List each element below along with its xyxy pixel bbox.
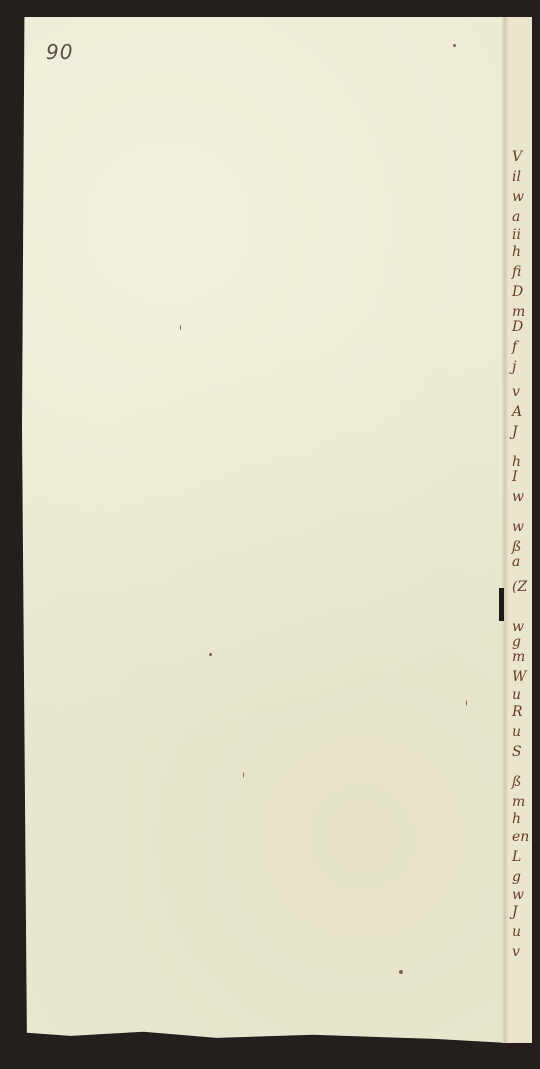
- paper-speck: [243, 772, 244, 778]
- handwriting-fragment: w: [512, 888, 524, 902]
- handwriting-fragment: v: [512, 385, 520, 399]
- handwriting-fragment: (Z: [512, 580, 527, 594]
- paper-speck: [399, 970, 403, 974]
- handwriting-fragment: h: [512, 812, 521, 826]
- paper-speck: [209, 653, 212, 656]
- handwriting-fragment: fi: [512, 265, 521, 279]
- handwriting-fragment: h: [512, 245, 521, 259]
- handwriting-fragment: S: [512, 745, 522, 759]
- handwriting-fragment: il: [512, 170, 521, 184]
- handwriting-fragment: D: [512, 320, 523, 334]
- handwriting-fragment: V: [512, 150, 522, 164]
- handwriting-fragment: a: [512, 210, 520, 224]
- handwriting-fragment: u: [512, 925, 521, 939]
- handwriting-fragment: A: [512, 405, 522, 419]
- handwriting-fragment: f: [512, 340, 517, 354]
- handwriting-fragment: g: [512, 870, 521, 884]
- handwriting-fragment: J: [512, 425, 518, 439]
- handwriting-fragment: m: [512, 305, 525, 319]
- paper-speck: [453, 44, 456, 47]
- handwriting-fragment: w: [512, 490, 524, 504]
- paper-speck: [466, 700, 467, 706]
- handwriting-fragment: en: [512, 830, 529, 844]
- handwriting-fragment: w: [512, 620, 524, 634]
- handwriting-fragment: m: [512, 795, 525, 809]
- handwriting-fragment: w: [512, 520, 524, 534]
- handwriting-fragment: w: [512, 190, 524, 204]
- blank-page: [22, 17, 508, 1043]
- folio-number: 90: [46, 40, 73, 64]
- handwriting-fragment: ß: [512, 540, 521, 554]
- handwriting-fragment: g: [512, 635, 521, 649]
- handwriting-fragment: L: [512, 850, 521, 864]
- handwriting-fragment: a: [512, 555, 520, 569]
- scan-background: 90 VilwaiihfiDmDfjvAJhIwwßa(ZwgmWuRuSßmh…: [0, 0, 540, 1069]
- handwriting-fragment: D: [512, 285, 523, 299]
- handwriting-fragment: ii: [512, 228, 521, 242]
- handwriting-fragment: v: [512, 945, 520, 959]
- handwriting-fragment: R: [512, 705, 523, 719]
- paper-speck: [180, 325, 181, 330]
- handwriting-fragment: J: [512, 905, 518, 919]
- handwriting-fragment: u: [512, 688, 521, 702]
- handwriting-fragment: W: [512, 670, 526, 684]
- handwriting-fragment: m: [512, 650, 525, 664]
- handwriting-fragment: I: [512, 470, 518, 484]
- handwriting-fragment: j: [512, 360, 516, 374]
- handwriting-fragment: h: [512, 455, 521, 469]
- binding-mark: [499, 588, 504, 621]
- handwriting-fragment: ß: [512, 775, 521, 789]
- handwriting-fragment: u: [512, 725, 521, 739]
